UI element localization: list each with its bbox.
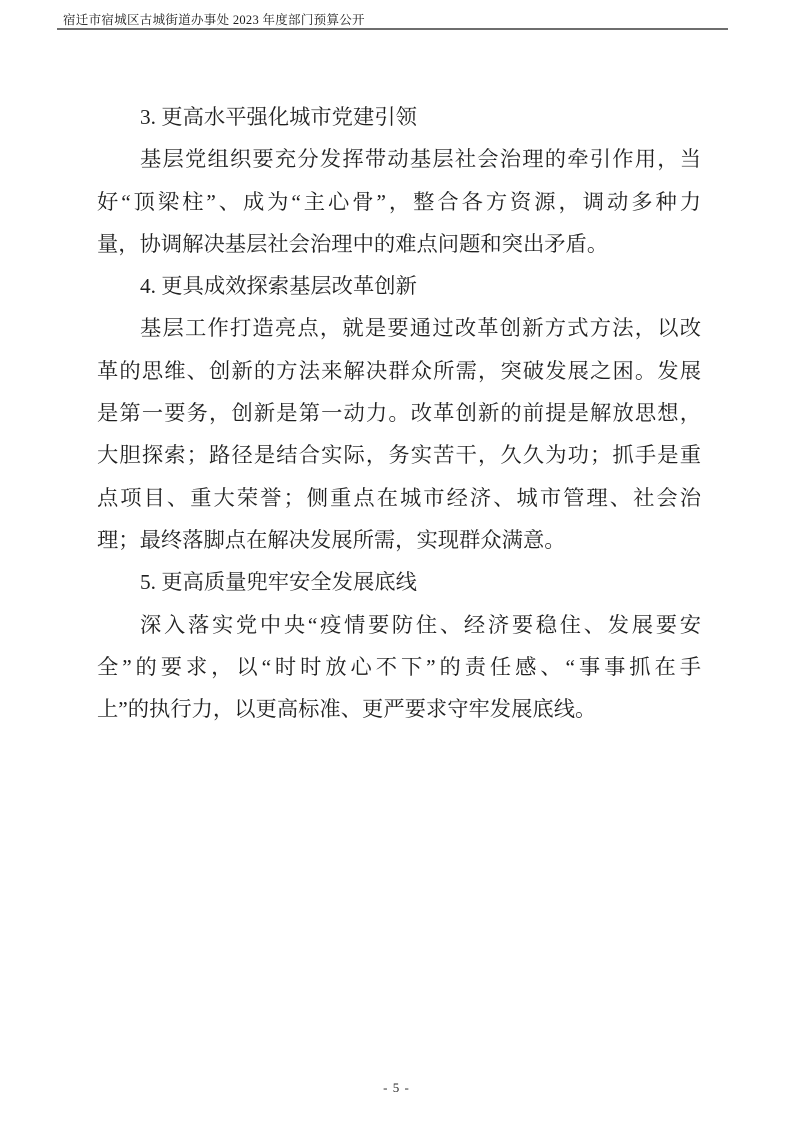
text-line: 大胆探索；路径是结合实际，务实苦干，久久为功；抓手是重 <box>97 434 701 476</box>
page-header-title: 宿迁市宿城区古城街道办事处 2023 年度部门预算公开 <box>63 13 365 28</box>
heading-line: 3. 更高水平强化城市党建引领 <box>97 96 701 138</box>
text-line: 全”的要求，以“时时放心不下”的责任感、“事事抓在手 <box>97 646 701 688</box>
page-number: - 5 - <box>0 1080 793 1096</box>
text-line: 理；最终落脚点在解决发展所需，实现群众满意。 <box>97 519 701 561</box>
text-line: 好“顶梁柱”、成为“主心骨”，整合各方资源，调动多种力 <box>97 181 701 223</box>
text-line: 深入落实党中央“疫情要防住、经济要稳住、发展要安 <box>97 604 701 646</box>
text-line: 上”的执行力，以更高标准、更严要求守牢发展底线。 <box>97 688 701 730</box>
text-line: 是第一要务，创新是第一动力。改革创新的前提是解放思想， <box>97 392 701 434</box>
text-line: 点项目、重大荣誉；侧重点在城市经济、城市管理、社会治 <box>97 477 701 519</box>
text-line: 革的思维、创新的方法来解决群众所需，突破发展之困。发展 <box>97 350 701 392</box>
text-line: 基层工作打造亮点，就是要通过改革创新方式方法，以改 <box>97 307 701 349</box>
text-line: 基层党组织要充分发挥带动基层社会治理的牵引作用，当 <box>97 138 701 180</box>
document-body: 3. 更高水平强化城市党建引领 基层党组织要充分发挥带动基层社会治理的牵引作用，… <box>97 96 701 730</box>
header-rule <box>57 28 728 30</box>
heading-line: 4. 更具成效探索基层改革创新 <box>97 265 701 307</box>
text-line: 量，协调解决基层社会治理中的难点问题和突出矛盾。 <box>97 223 701 265</box>
document-page: 宿迁市宿城区古城街道办事处 2023 年度部门预算公开 3. 更高水平强化城市党… <box>0 0 793 1122</box>
heading-line: 5. 更高质量兜牢安全发展底线 <box>97 561 701 603</box>
